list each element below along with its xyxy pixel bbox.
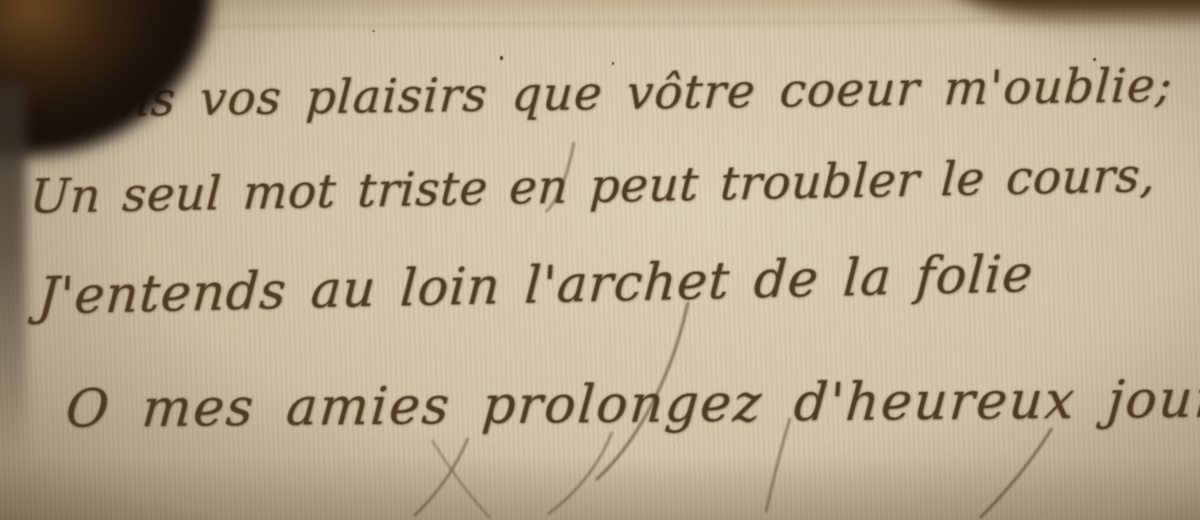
manuscript-photo: Dans vos plaisirs que vôtre coeur m'oubl… xyxy=(0,0,1200,520)
page-left-edge-shadow xyxy=(0,84,26,464)
